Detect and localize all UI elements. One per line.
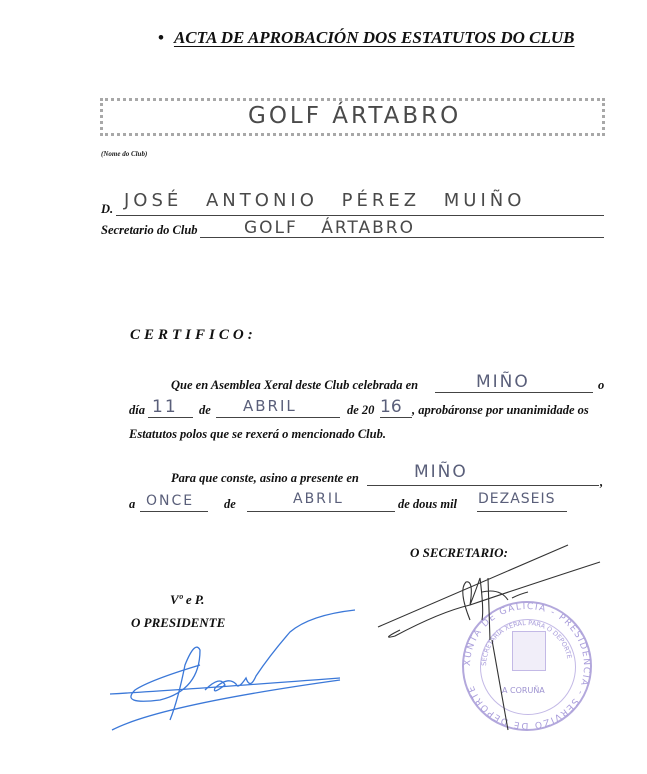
p1-text-b: o <box>598 378 604 393</box>
p1-text-f: , aprobáronse por unanimidade os <box>412 403 589 418</box>
secretary-name-handwritten: JOSÉ ANTONIO PÉREZ MUIÑO <box>124 190 525 211</box>
p1-text-c: día <box>129 403 145 418</box>
p1-text-d: de <box>199 403 211 418</box>
club-name-label: (Nome do Club) <box>101 150 147 158</box>
p1-place-line <box>435 392 593 393</box>
p2-month-line <box>247 511 395 512</box>
p2-comma: , <box>600 475 603 490</box>
president-label: O PRESIDENTE <box>131 615 225 631</box>
stamp-city: A CORUÑA <box>502 686 545 695</box>
p1-day-line <box>148 417 193 418</box>
p1-day-handwritten: 11 <box>152 397 178 417</box>
p2-month-handwritten: ABRIL <box>293 491 344 507</box>
p2-day-handwritten: ONCE <box>146 493 194 509</box>
p2-text-b: a <box>129 497 135 512</box>
p2-place-line <box>367 485 599 486</box>
document-title: •ACTA DE APROBACIÓN DOS ESTATUTOS DO CLU… <box>158 28 575 48</box>
p2-year-handwritten: DEZASEIS <box>478 491 556 507</box>
secretary-prefix: D. <box>101 202 113 217</box>
p1-text-e: de 20 <box>347 403 374 418</box>
vo-e-p-label: Vº e P. <box>170 592 204 608</box>
certifico-heading: CERTIFICO: <box>130 327 257 344</box>
secretary-name-line <box>116 215 604 216</box>
p2-year-line <box>477 511 567 512</box>
bullet-icon: • <box>158 28 164 47</box>
p1-month-handwritten: ABRIL <box>243 397 297 415</box>
secretary-signature-label: O SECRETARIO: <box>410 545 508 561</box>
p2-day-line <box>140 511 208 512</box>
p2-text-c: de <box>224 497 236 512</box>
secretary-club-label: Secretario do Club <box>101 223 198 238</box>
p1-text-a: Que en Asemblea Xeral deste Club celebra… <box>171 378 418 393</box>
p2-place-handwritten: MIÑO <box>414 462 468 482</box>
p2-text-a: Para que conste, asino a presente en <box>171 471 359 486</box>
title-text: ACTA DE APROBACIÓN DOS ESTATUTOS DO CLUB <box>174 28 575 47</box>
club-name-handwritten: GOLF ÁRTABRO <box>248 103 461 129</box>
p1-year-line <box>380 417 412 418</box>
secretary-club-handwritten: GOLF ÁRTABRO <box>244 218 415 238</box>
official-stamp: A CORUÑA <box>462 601 592 731</box>
p1-place-handwritten: MIÑO <box>476 372 530 392</box>
stamp-emblem-icon <box>512 631 546 671</box>
p1-year-handwritten: 16 <box>380 397 402 417</box>
p2-text-d: de dous mil <box>398 497 457 512</box>
p1-month-line <box>216 417 340 418</box>
p1-text-g: Estatutos polos que se rexerá o menciona… <box>129 427 386 442</box>
